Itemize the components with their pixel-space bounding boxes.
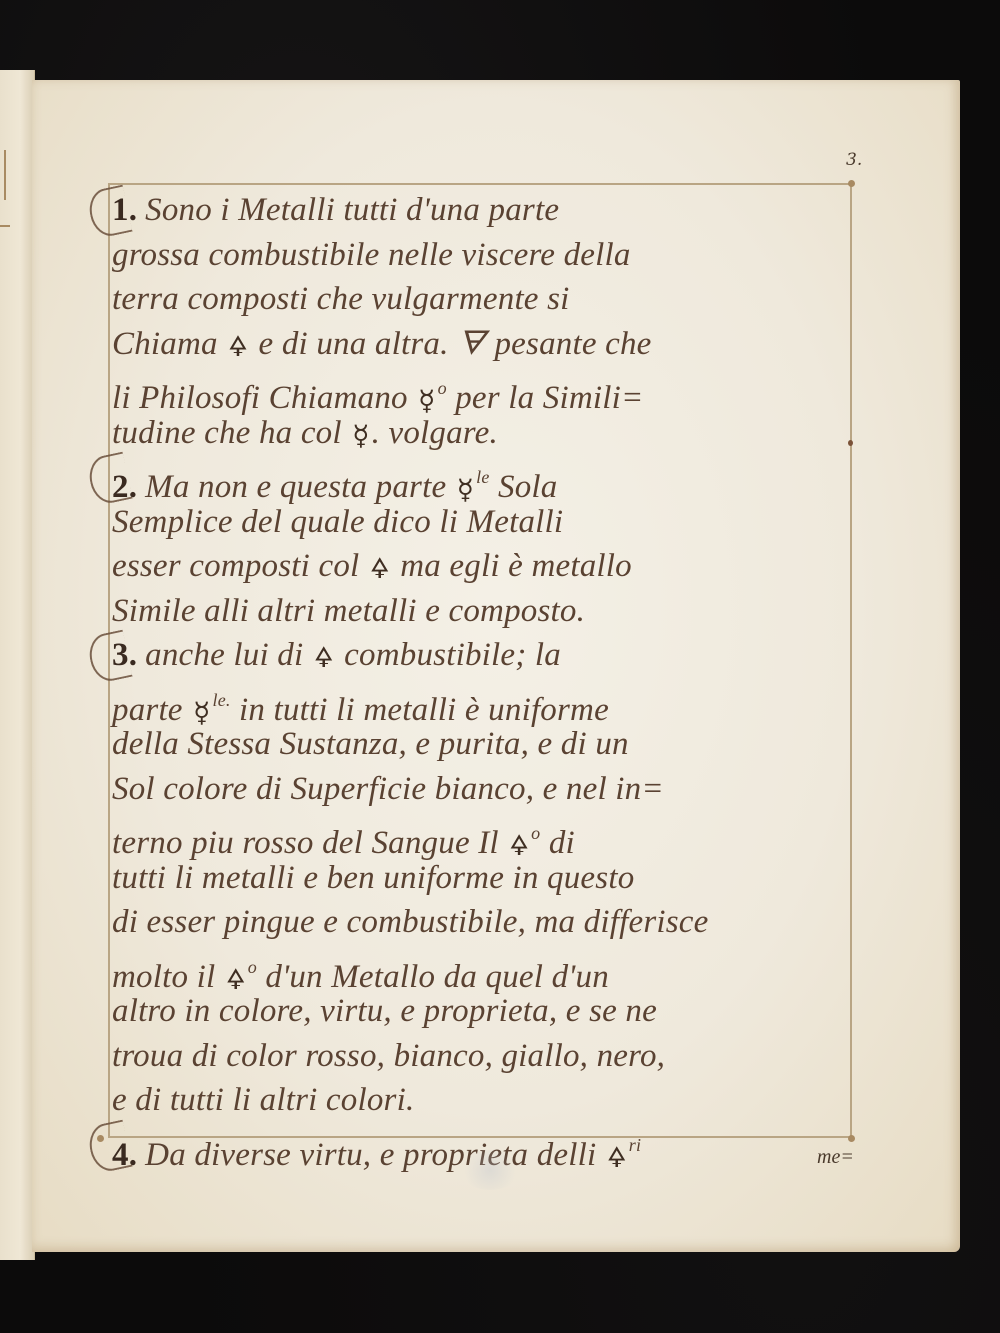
paragraph-2-line-3: esser composti col 🜍 ma egli è metallo [112,544,857,589]
line-text: anche lui di [145,637,312,673]
line-text: esser composti col [112,548,368,584]
superscript: le. [213,690,231,710]
line-text: Chiama [112,326,226,362]
paragraph-3-line-1: 3.anche lui di 🜍 combustibile; la [112,633,857,678]
mercury-symbol-icon: ☿ [350,414,371,459]
manuscript-text: 1.Sono i Metalli tutti d'una parte gross… [112,188,857,1167]
paragraph-3-line-10: troua di color rosso, bianco, giallo, ne… [112,1034,857,1079]
paragraph-2-line-4: Simile alli altri metalli e composto. [112,589,857,634]
previous-page-edge [0,70,35,1260]
paragraph-2-line-2: Semplice del quale dico li Metalli [112,500,857,545]
paragraph-3-line-8: molto il 🜍o d'un Metallo da quel d'un [112,945,857,990]
paragraph-1-line-1: 1.Sono i Metalli tutti d'una parte [112,188,857,233]
paragraph-3-line-4: Sol colore di Superficie bianco, e nel i… [112,767,857,812]
previous-page-rule [4,150,6,200]
paragraph-1-line-2: grossa combustibile nelle viscere della [112,233,857,278]
line-text: Da diverse virtu, e proprieta delli [145,1137,605,1173]
line-text: troua di color rosso, bianco, giallo, ne… [112,1038,665,1074]
line-text: di esser pingue e combustibile, ma diffe… [112,904,708,940]
superscript: le [476,467,489,487]
paragraph-3-line-7: di esser pingue e combustibile, ma diffe… [112,900,857,945]
paragraph-3-line-6: tutti li metalli e ben uniforme in quest… [112,856,857,901]
line-text: combustibile; la [336,637,561,673]
line-text: grossa combustibile nelle viscere della [112,237,631,273]
paragraph-3-line-3: della Stessa Sustanza, e purita, e di un [112,722,857,767]
paragraph-1-line-4: Chiama 🜍 e di una altra. 🜃 pesante che [112,322,857,367]
sulphur-symbol-icon: 🜍 [605,1136,629,1181]
line-text: Simile alli altri metalli e composto. [112,593,585,629]
paper-stain [460,1150,520,1190]
line-text: Semplice del quale dico li Metalli [112,504,563,540]
line-text: Sono i Metalli tutti d'una parte [145,192,559,228]
line-text: tutti li metalli e ben uniforme in quest… [112,860,634,896]
superscript: ri [629,1135,641,1155]
line-text: ma egli è metallo [392,548,632,584]
catchword: me= [817,1146,854,1169]
line-text: tudine che ha col [112,415,350,451]
paragraph-3-line-2: parte ☿le. in tutti li metalli è uniform… [112,678,857,723]
sulphur-symbol-icon: 🜍 [368,547,392,592]
paragraph-1-line-3: terra composti che vulgarmente si [112,277,857,322]
superscript: o [531,823,540,843]
sulphur-symbol-icon: 🜍 [312,636,336,681]
superscript: o [438,378,447,398]
line-text: terra composti che vulgarmente si [112,281,570,317]
sulphur-symbol-icon: 🜍 [226,325,250,370]
line-text: e di tutti li altri colori. [112,1082,414,1118]
line-text: altro in colore, virtu, e proprieta, e s… [112,993,657,1029]
page-number: 3. [846,150,862,170]
previous-page-rule-mark [0,225,10,227]
paragraph-3-line-9: altro in colore, virtu, e proprieta, e s… [112,989,857,1034]
paragraph-1-line-6: tudine che ha col ☿. volgare. [112,411,857,456]
line-text: . volgare. [372,415,498,451]
line-text: Sol colore di Superficie bianco, e nel i… [112,771,664,807]
superscript: o [248,957,257,977]
line-text: della Stessa Sustanza, e purita, e di un [112,726,629,762]
paragraph-3-line-5: terno piu rosso del Sangue Il 🜍o di [112,811,857,856]
frame-corner-dot [848,180,855,187]
line-text: e di una altra. 🜃 pesante che [250,326,651,362]
paragraph-3-line-11: e di tutti li altri colori. [112,1078,857,1123]
paragraph-1-line-5: li Philosofi Chiamano ☿o per la Simili= [112,366,857,411]
paragraph-2-line-1: 2.Ma non e questa parte ☿le Sola [112,455,857,500]
